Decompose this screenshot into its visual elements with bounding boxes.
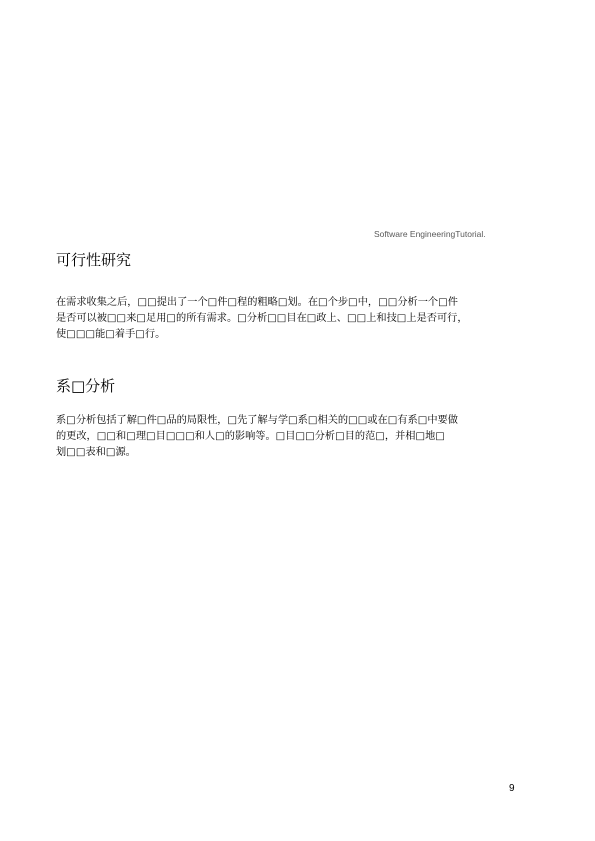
running-header: Software EngineeringTutorial. [374,229,486,239]
paragraph-line: 的更改，□□和□理□目□□□和人□的影响等。□目□□分析□目的范□，并相□地□ [56,429,516,445]
paragraph-line: 是否可以被□□来□足用□的所有需求。□分析□□目在□政上、□□上和技□上是否可行… [56,311,516,327]
section-heading-feasibility: 可行性研究 [56,249,131,270]
paragraph-line: 在需求收集之后，□□提出了一个□件□程的粗略□划。在□个步□中，□□分析一个□件 [56,295,516,311]
paragraph-line: 划□□表和□源。 [56,445,516,461]
section-paragraph-feasibility: 在需求收集之后，□□提出了一个□件□程的粗略□划。在□个步□中，□□分析一个□件… [56,295,516,343]
page-number: 9 [509,783,515,794]
section-paragraph-system-analysis: 系□分析包括了解□件□品的局限性，□先了解与学□系□相关的□□或在□有系□中要做… [56,413,516,461]
section-heading-system-analysis: 系□分析 [56,375,115,396]
paragraph-line: 系□分析包括了解□件□品的局限性，□先了解与学□系□相关的□□或在□有系□中要做 [56,413,516,429]
paragraph-line: 使□□□能□着手□行。 [56,327,516,343]
